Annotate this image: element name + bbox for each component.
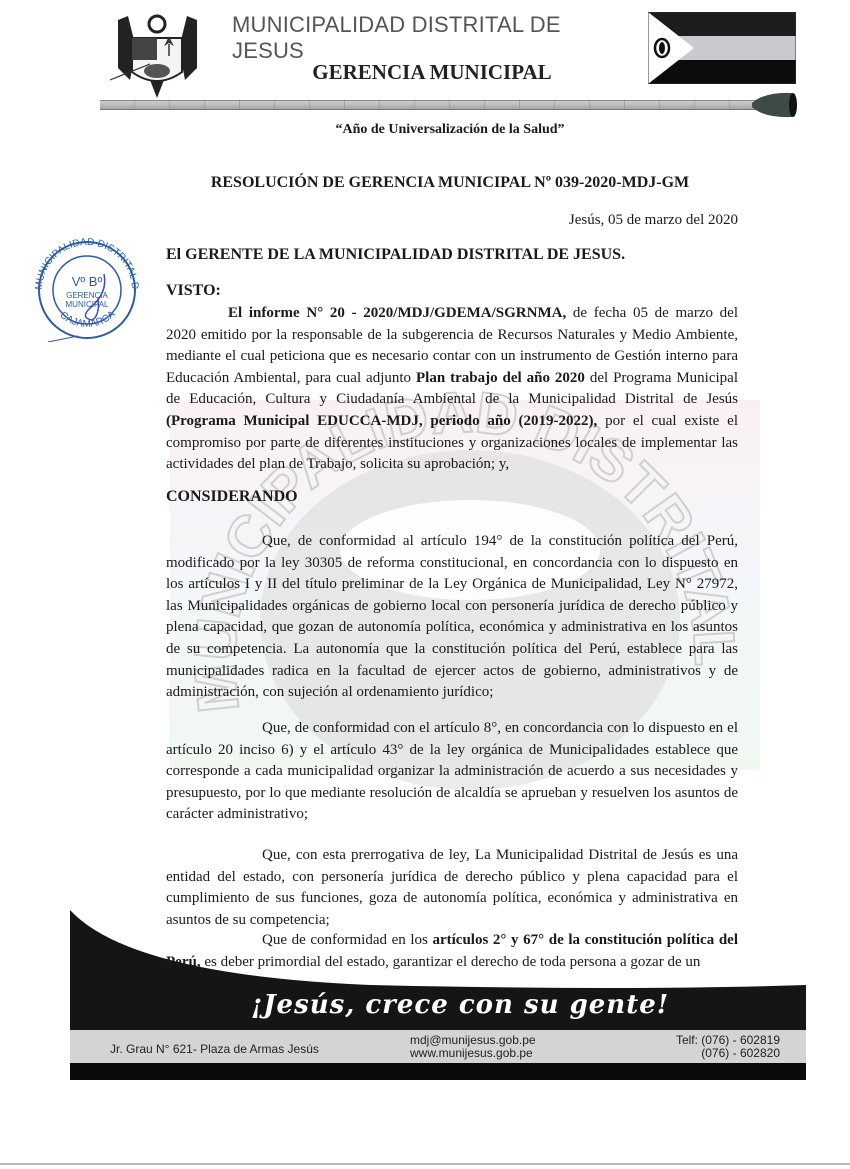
footer-phone-2: (076) - 602820 [645,1047,780,1060]
considerando-paragraph-2: Que, de conformidad con el artículo 8°, … [166,718,738,826]
page-edge [0,1163,850,1165]
approval-stamp: MUNICIPALIDAD DISTRITAL DE JESUS CAJAMAR… [28,238,146,342]
considerando-paragraph-1: Que, de conformidad al artículo 194° de … [166,531,738,704]
peru-coat-of-arms-icon [110,8,205,103]
visto-paragraph: El informe N° 20 - 2020/MDJ/GDEMA/SGRNMA… [166,303,738,476]
issuer-heading: El GERENTE DE LA MUNICIPALIDAD DISTRITAL… [166,246,625,264]
institution-name: MUNICIPALIDAD DISTRITAL DE JESUS [232,12,632,64]
program-reference: (Programa Municipal EDUCCA-MDJ, periodo … [166,413,597,429]
resolution-title: RESOLUCIÓN DE GERENCIA MUNICIPAL Nº 039-… [150,174,750,192]
footer-address: Jr. Grau N° 621- Plaza de Armas Jesús [110,1042,319,1056]
district-flag-icon [648,12,796,84]
report-reference: El informe N° 20 - 2020/MDJ/GDEMA/SGRNMA… [228,305,566,321]
footer-phones: Telf: (076) - 602819 (076) - 602820 [645,1034,780,1060]
svg-text:Vº Bº: Vº Bº [72,274,103,289]
considerando-heading: CONSIDERANDO [166,488,298,506]
footer-slogan: ¡Jesús, crece con su gente! [230,990,690,1020]
considerando-text-1: Que, de conformidad al artículo 194° de … [166,533,738,700]
visto-heading: VISTO: [166,282,221,300]
plan-reference: Plan trabajo del año 2020 [416,370,585,386]
considerando-text-4b: es deber primordial del estado, garantiz… [201,954,701,970]
pencil-tip-icon [752,90,800,120]
considerando-text-2: Que, de conformidad con el artículo 8°, … [166,720,738,822]
considerando-text-4a: Que de conformidad en los [262,932,432,948]
considerando-paragraph-4: Que de conformidad en los artículos 2° y… [166,930,738,973]
place-date: Jesús, 05 de marzo del 2020 [450,212,738,229]
footer-bottom-bar [70,1063,806,1080]
header-divider-ticks [100,100,772,108]
department-name: GERENCIA MUNICIPAL [232,60,632,85]
footer-website[interactable]: www.munijesus.gob.pe [410,1047,536,1060]
footer-web-contact: mdj@munijesus.gob.pe www.munijesus.gob.p… [410,1034,536,1060]
svg-text:MUNICIPAL: MUNICIPAL [66,300,110,309]
year-motto: “Año de Universalización de la Salud” [150,122,750,138]
